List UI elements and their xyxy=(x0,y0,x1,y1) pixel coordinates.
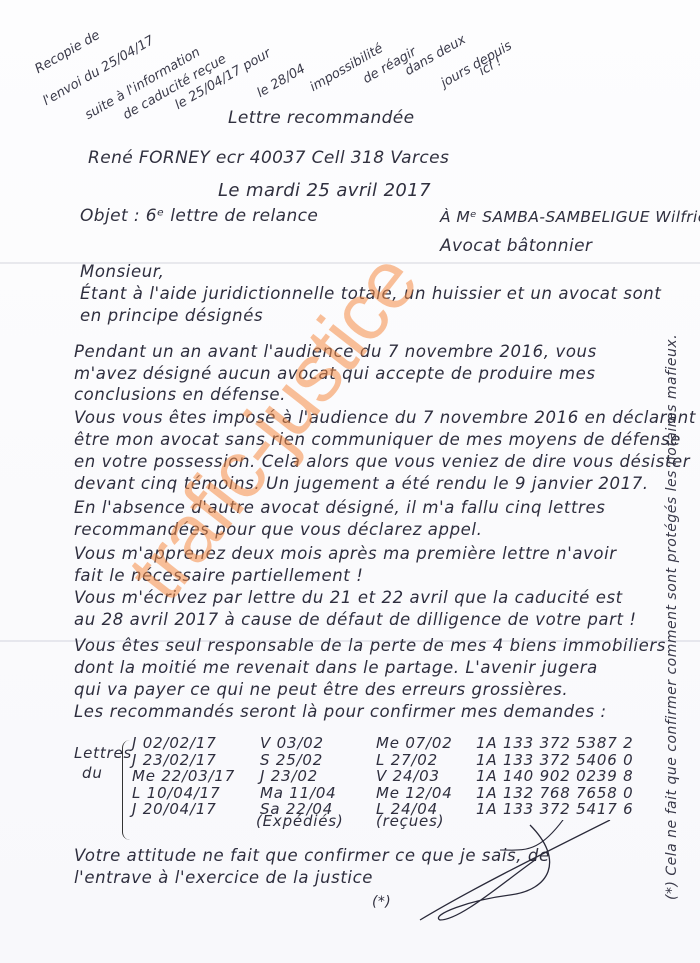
table-cell-shipped: J 23/02 xyxy=(260,767,318,785)
table-cell-sent-date: L 10/04/17 xyxy=(132,784,221,802)
table-cell-tracking: 1A 133 372 5417 6 xyxy=(476,800,633,818)
table-cell-tracking: 1A 132 768 7658 0 xyxy=(476,784,633,802)
letter-subject: Objet : 6ᵉ lettre de relance xyxy=(80,206,318,226)
table-cell-received: V 24/03 xyxy=(376,767,440,785)
table-label: du xyxy=(82,764,103,782)
table-cell-tracking: 1A 133 372 5406 0 xyxy=(476,751,633,769)
table-cell-sent-date: J 02/02/17 xyxy=(132,734,217,752)
table-cell-tracking: 1A 133 372 5387 2 xyxy=(476,734,633,752)
letter-page: Recopie de l'envoi du 25/04/17 suite à l… xyxy=(0,0,700,963)
salutation: Monsieur, xyxy=(80,262,165,281)
table-cell-sent-date: J 23/02/17 xyxy=(132,751,217,769)
side-note: (*) Cela ne fait que confirmer comment s… xyxy=(664,334,680,900)
table-cell-received: Me 07/02 xyxy=(376,734,453,752)
closing-line: l'entrave à l'exercice de la justice xyxy=(74,868,373,887)
recipient-name: À Mᵉ SAMBA-SAMBELIGUE Wilfried xyxy=(440,208,700,226)
table-cell-tracking: 1A 140 902 0239 8 xyxy=(476,767,633,785)
table-cell-shipped: S 25/02 xyxy=(260,751,323,769)
table-cell-received: Me 12/04 xyxy=(376,784,453,802)
table-cell-sent-date: J 20/04/17 xyxy=(132,800,217,818)
shipped-caption: (Expédiés) xyxy=(256,812,344,830)
letter-date: Le mardi 25 avril 2017 xyxy=(218,180,431,201)
signature xyxy=(380,820,620,940)
sender-line: René FORNEY ecr 40037 Cell 318 Varces xyxy=(88,148,449,168)
table-cell-shipped: Ma 11/04 xyxy=(260,784,337,802)
table-cell-shipped: V 03/02 xyxy=(260,734,324,752)
table-cell-received: L 27/02 xyxy=(376,751,438,769)
recipient-title: Avocat bâtonnier xyxy=(440,236,592,256)
table-cell-sent-date: Me 22/03/17 xyxy=(132,767,235,785)
letter-title: Lettre recommandée xyxy=(228,108,415,128)
